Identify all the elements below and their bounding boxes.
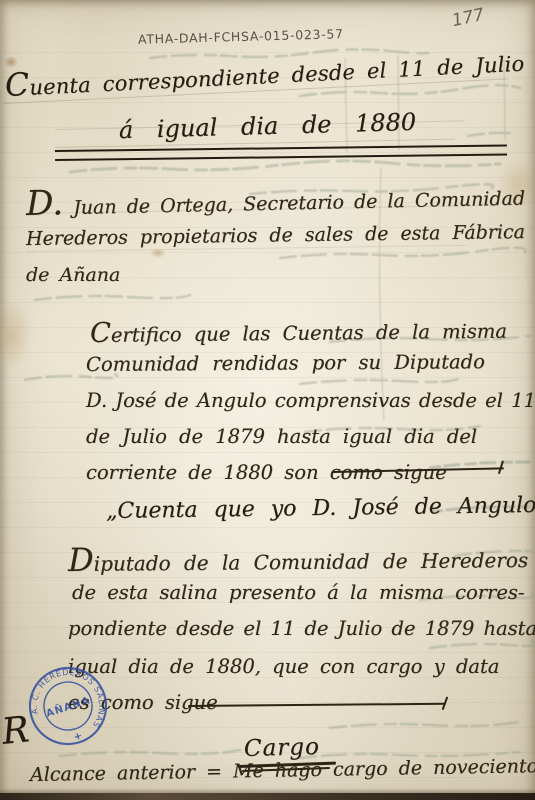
certifico-line-4: de Julio de 1879 hasta igual dia del (86, 425, 477, 448)
cuenta-line-3: de esta salina presento á la misma corre… (72, 581, 525, 604)
manuscript-page-scan: ATHA-DAH-FCHSA-015-023-57 177 Cuenta cor… (0, 0, 535, 800)
cuenta-line-5: igual dia de 1880, que con cargo y data (68, 655, 499, 678)
certifico-line-3: D. José de Angulo comprensivas desde el … (86, 389, 535, 412)
certifico-line-5: corriente de 1880 son como sigue (86, 461, 447, 484)
certifico-line-1: Certifico que las Cuentas de la misma (90, 314, 507, 349)
margin-reales-mark: R (0, 709, 31, 753)
cuenta-line-4: pondiente desde el 11 de Julio de 1879 h… (68, 617, 535, 640)
certifico-line-2: Comunidad rendidas por su Diputado (86, 350, 485, 376)
page-number: 177 (450, 5, 486, 31)
opening-line-3: de Añana (26, 264, 120, 286)
next-page-edge (0, 793, 535, 800)
archival-code: ATHA-DAH-FCHSA-015-023-57 (138, 26, 344, 47)
community-stamp: A. C. HEREDEROS SALINAS AÑANA + (22, 660, 114, 752)
cargo-heading: Cargo (244, 734, 321, 762)
cuenta-line-2: Diputado de la Comunidad de Herederos (68, 537, 528, 579)
stamp-center-text: AÑANA (44, 693, 92, 720)
